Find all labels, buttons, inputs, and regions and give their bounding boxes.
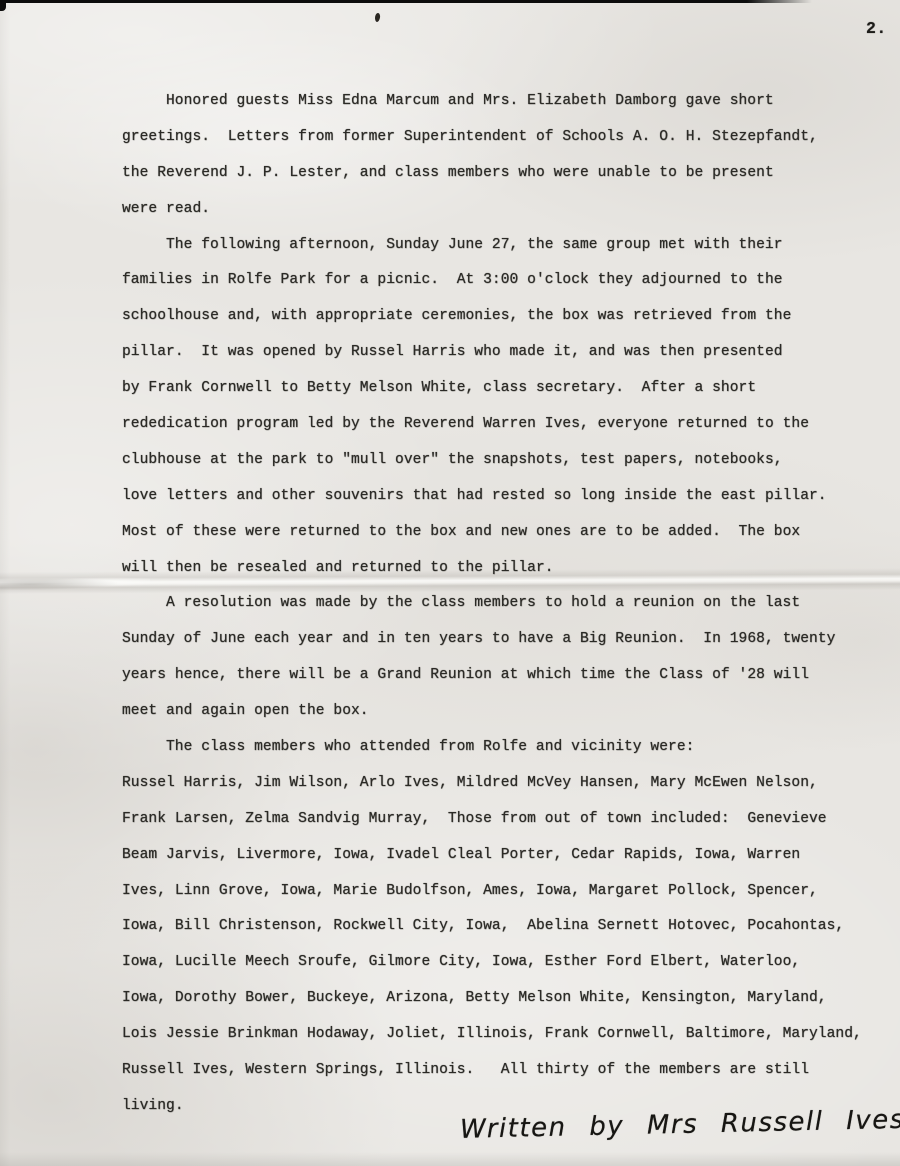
ink-spot: [374, 13, 380, 23]
text-line: rededication program led by the Reverend…: [122, 407, 874, 443]
page-number: 2.: [866, 19, 887, 38]
text-line: families in Rolfe Park for a picnic. At …: [122, 263, 874, 299]
text-line: pillar. It was opened by Russel Harris w…: [122, 335, 874, 371]
text-line: by Frank Cornwell to Betty Melson White,…: [122, 371, 874, 407]
text-line: Beam Jarvis, Livermore, Iowa, Ivadel Cle…: [122, 838, 874, 874]
text-line: schoolhouse and, with appropriate ceremo…: [122, 299, 874, 335]
text-line: Russell Ives, Western Springs, Illinois.…: [122, 1053, 874, 1089]
text-line: will then be resealed and returned to th…: [122, 551, 874, 587]
text-line: Most of these were returned to the box a…: [122, 515, 874, 551]
text-line: greetings. Letters from former Superinte…: [122, 120, 874, 156]
typewritten-text: Honored guests Miss Edna Marcum and Mrs.…: [122, 84, 874, 1125]
text-line: meet and again open the box.: [122, 694, 874, 730]
text-line: Sunday of June each year and in ten year…: [122, 622, 874, 658]
text-line: love letters and other souvenirs that ha…: [122, 479, 874, 515]
text-line: the Reverend J. P. Lester, and class mem…: [122, 156, 874, 192]
text-line: The following afternoon, Sunday June 27,…: [122, 228, 874, 264]
text-line: Iowa, Dorothy Bower, Buckeye, Arizona, B…: [122, 981, 874, 1017]
text-line: A resolution was made by the class membe…: [122, 586, 874, 622]
text-line: Honored guests Miss Edna Marcum and Mrs.…: [122, 84, 874, 120]
text-line: Iowa, Lucille Meech Sroufe, Gilmore City…: [122, 945, 874, 981]
scan-edge-top: [0, 0, 812, 3]
text-line: were read.: [122, 192, 874, 228]
text-line: The class members who attended from Rolf…: [122, 730, 874, 766]
text-line: Ives, Linn Grove, Iowa, Marie Budolfson,…: [122, 874, 874, 910]
document-scan: 2. Honored guests Miss Edna Marcum and M…: [0, 0, 900, 1166]
text-line: Iowa, Bill Christenson, Rockwell City, I…: [122, 909, 874, 945]
text-line: Russel Harris, Jim Wilson, Arlo Ives, Mi…: [122, 766, 874, 802]
text-line: clubhouse at the park to "mull over" the…: [122, 443, 874, 479]
text-line: Lois Jessie Brinkman Hodaway, Joliet, Il…: [122, 1017, 874, 1053]
text-line: years hence, there will be a Grand Reuni…: [122, 658, 874, 694]
text-line: Frank Larsen, Zelma Sandvig Murray, Thos…: [122, 802, 874, 838]
scan-edge-corner: [0, 0, 6, 11]
